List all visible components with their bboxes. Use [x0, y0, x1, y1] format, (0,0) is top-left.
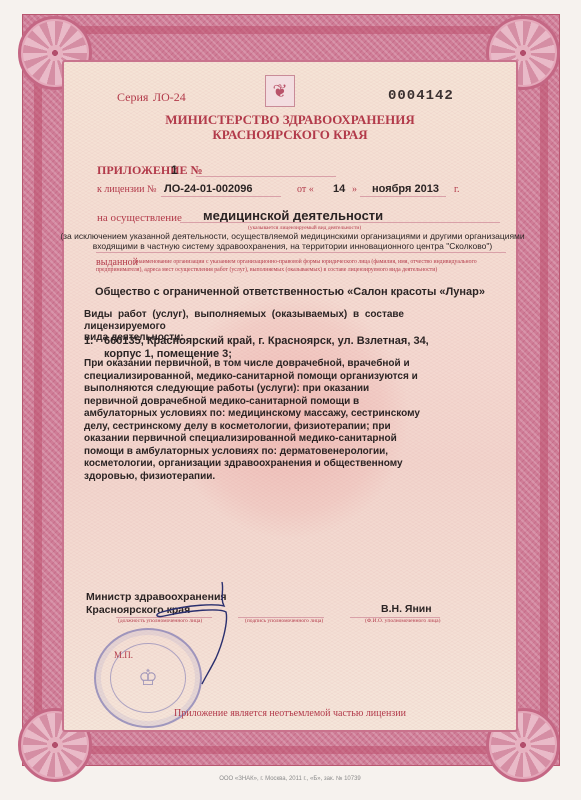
ministry-line-2: КРАСНОЯРСКОГО КРАЯ [60, 127, 520, 142]
eagle-icon: ❦ [272, 82, 287, 100]
signer-name: В.Н. Янин [381, 603, 432, 615]
ministry-line-1: МИНИСТЕРСТВО ЗДРАВООХРАНЕНИЯ [60, 112, 520, 127]
underline [360, 196, 446, 197]
series-label: Серия [117, 90, 148, 105]
license-label: к лицензии № [97, 184, 157, 195]
appendix-label: ПРИЛОЖЕНИЕ № [97, 163, 203, 178]
activity-label: на осуществление [97, 212, 182, 224]
date-day: 14 [333, 183, 345, 195]
name-hint: (Ф.И.О. уполномоченного лица) [365, 618, 440, 624]
coat-of-arms-icon: ❦ [265, 75, 295, 107]
ministry-title: МИНИСТЕРСТВО ЗДРАВООХРАНЕНИЯ КРАСНОЯРСКО… [60, 112, 520, 142]
underline [96, 252, 506, 253]
underline [180, 222, 500, 223]
stamp-place-label: М.П. [114, 650, 133, 660]
form-number: 0004142 [388, 88, 454, 104]
appendix-number: 1 [171, 163, 178, 177]
date-day-close: » [352, 184, 357, 195]
activity-value: медицинской деятельности [203, 208, 383, 223]
footer-note: Приложение является неотъемлемой частью … [60, 708, 520, 719]
date-month-year: ноября 2013 [372, 183, 439, 195]
signature-icon [150, 580, 280, 690]
license-number: ЛО-24-01-002096 [164, 183, 252, 195]
organization-name: Общество с ограниченной ответственностью… [60, 286, 520, 298]
works-heading-line-1: Виды работ (услуг), выполняемых (оказыва… [84, 309, 404, 332]
date-from-label: от « [297, 184, 314, 195]
issued-hint: (наименование организации с указанием ор… [96, 258, 508, 274]
year-suffix: г. [454, 184, 459, 195]
issued-label: выданной [96, 257, 138, 268]
license-appendix-page: Серия ЛО-24 ❦ 0004142 МИНИСТЕРСТВО ЗДРАВ… [0, 0, 581, 800]
printer-info: ООО «ЗНАК», г. Москва, 2011 г., «Б», зак… [60, 776, 520, 782]
underline [196, 176, 336, 177]
address-number: 1. [84, 335, 93, 347]
series-value: ЛО-24 [153, 90, 186, 105]
services-list: При оказании первичной, в том числе довр… [84, 358, 422, 483]
activity-address: 660135, Красноярский край, г. Красноярск… [104, 335, 444, 360]
exclusion-text: (за исключением указанной деятельности, … [60, 231, 525, 251]
underline [161, 196, 281, 197]
